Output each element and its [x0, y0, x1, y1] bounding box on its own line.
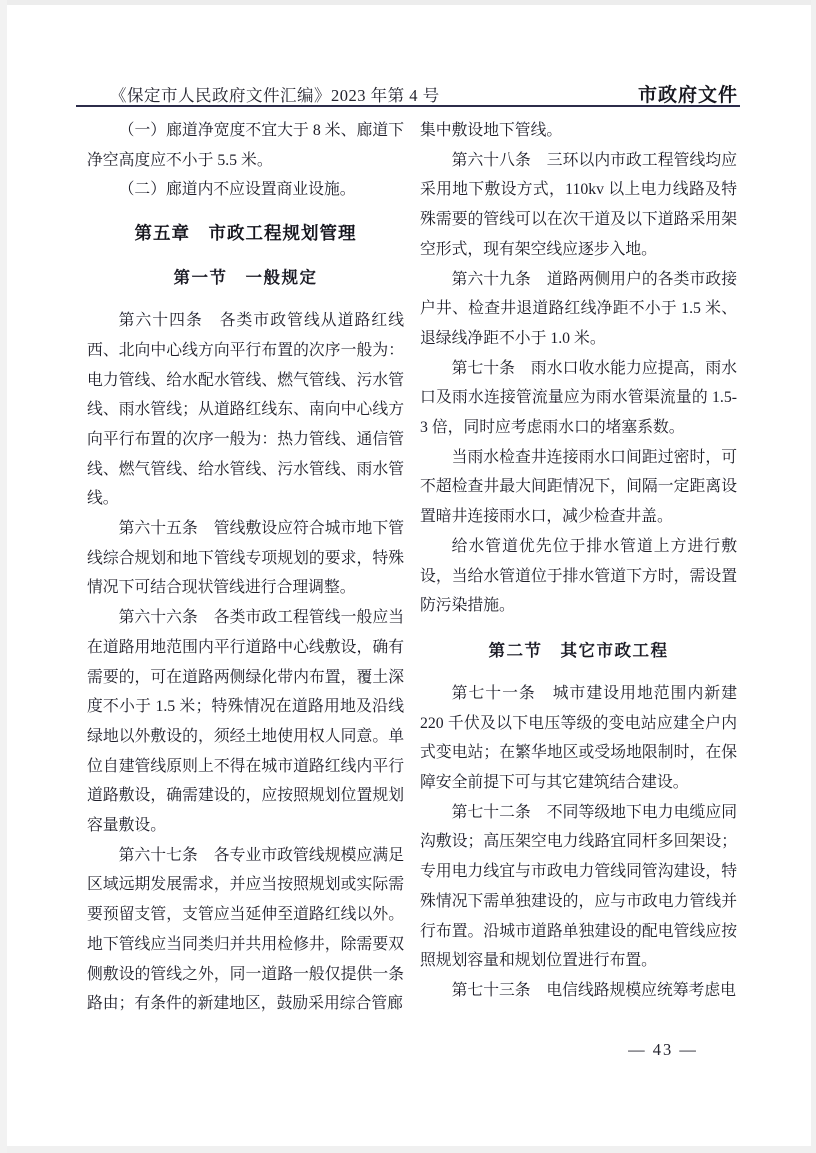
paragraph: 第六十七条 各专业市政管线规模应满足区域远期发展需求，并应当按照规划或实际需要预…: [87, 841, 404, 1019]
scan-edge-bottom: [0, 1146, 816, 1153]
right-column: 集中敷设地下管线。 第六十八条 三环以内市政工程管线均应采用地下敷设方式，110…: [420, 116, 737, 1006]
left-column: （一）廊道净宽度不宜大于 8 米、廊道下净空高度应不小于 5.5 米。 （二）廊…: [87, 116, 404, 1019]
paragraph: 第六十六条 各类市政工程管线一般应当在道路用地范围内平行道路中心线敷设，确有需要…: [87, 603, 404, 841]
paragraph: 第六十八条 三环以内市政工程管线均应采用地下敷设方式，110kv 以上电力线路及…: [420, 146, 737, 265]
paragraph: 第七十一条 城市建设用地范围内新建 220 千伏及以下电压等级的变电站应建全户内…: [420, 679, 737, 798]
chapter-heading: 第五章 市政工程规划管理: [87, 218, 404, 248]
paragraph: 第七十条 雨水口收水能力应提高，雨水口及雨水连接管流量应为雨水管渠流量的 1.5…: [420, 354, 737, 443]
paragraph: 第七十三条 电信线路规模应统筹考虑电: [420, 976, 737, 1006]
header-rule: [76, 105, 740, 107]
paragraph: 第六十四条 各类市政管线从道路红线西、北向中心线方向平行布置的次序一般为：电力管…: [87, 306, 404, 514]
paragraph: 第六十九条 道路两侧用户的各类市政接户井、检查井退道路红线净距不小于 1.5 米…: [420, 265, 737, 354]
paragraph: 给水管道优先位于排水管道上方进行敷设，当给水管道位于排水管道下方时，需设置防污染…: [420, 532, 737, 621]
paragraph: 第七十二条 不同等级地下电力电缆应同沟敷设；高压架空电力线路宜同杆多回架设；专用…: [420, 798, 737, 976]
scan-edge-top: [0, 0, 816, 5]
paragraph: 第六十五条 管线敷设应符合城市地下管线综合规划和地下管线专项规划的要求，特殊情况…: [87, 514, 404, 603]
section-heading: 第一节 一般规定: [87, 263, 404, 293]
section-heading: 第二节 其它市政工程: [420, 636, 737, 666]
document-page: 《保定市人民政府文件汇编》2023 年第 4 号 市政府文件 （一）廊道净宽度不…: [0, 0, 816, 1153]
scan-edge-left: [0, 0, 7, 1153]
header-journal-title: 《保定市人民政府文件汇编》2023 年第 4 号: [110, 82, 440, 106]
header-doc-type: 市政府文件: [638, 80, 738, 107]
page-number: — 43 —: [600, 1040, 726, 1060]
paragraph: （二）廊道内不应设置商业设施。: [87, 175, 404, 205]
paragraph: （一）廊道净宽度不宜大于 8 米、廊道下净空高度应不小于 5.5 米。: [87, 116, 404, 175]
paragraph: 当雨水检查井连接雨水口间距过密时，可不超检查井最大间距情况下，间隔一定距离设置暗…: [420, 443, 737, 532]
scan-edge-right: [811, 0, 816, 1153]
paragraph-continuation: 集中敷设地下管线。: [420, 116, 737, 146]
